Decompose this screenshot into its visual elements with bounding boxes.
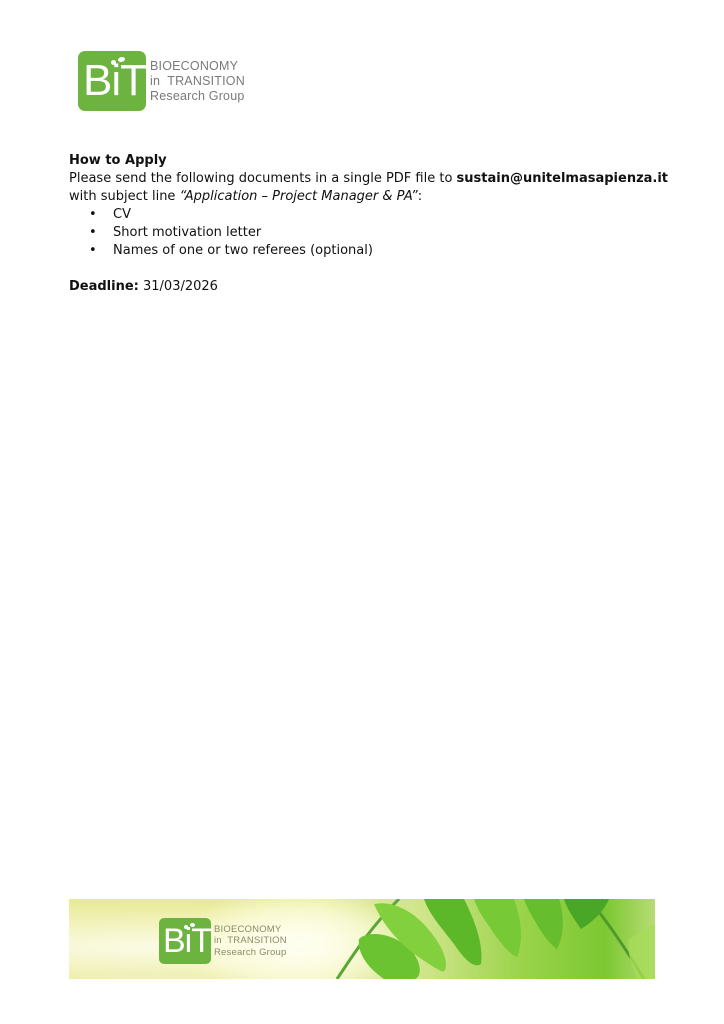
intro-text: Please send the following documents in a… [69, 171, 457, 186]
logo-line: in TRANSITION [150, 74, 245, 89]
header-logo: BiT BIOECONOMY in TRANSITION Research Gr… [78, 51, 245, 111]
section-heading: How to Apply [69, 152, 669, 170]
bullet-icon: • [89, 206, 97, 224]
logo-wordmark: BIOECONOMY in TRANSITION Research Group [150, 59, 245, 104]
list-item: •Names of one or two referees (optional) [69, 242, 669, 260]
intro-line: Please send the following documents in a… [69, 170, 669, 188]
leaf-dot-icon [111, 60, 116, 65]
logo-line: BIOECONOMY [150, 59, 245, 74]
logo-line: Research Group [214, 947, 287, 959]
document-name: Names of one or two referees (optional) [113, 243, 373, 258]
leaf-dot-icon [190, 923, 195, 927]
subject-suffix: : [418, 189, 422, 204]
banner-logo: BiT BIOECONOMY in TRANSITION Research Gr… [159, 918, 287, 964]
deadline-label: Deadline: [69, 279, 139, 294]
leaf-dot-icon [184, 925, 188, 929]
bullet-icon: • [89, 242, 97, 260]
documents-list: •CV •Short motivation letter •Names of o… [69, 206, 669, 260]
subject-text: “Application – Project Manager & PA” [180, 189, 418, 204]
logo-line: BIOECONOMY [214, 924, 287, 936]
logo-line: Research Group [150, 89, 245, 104]
list-item: •Short motivation letter [69, 224, 669, 242]
bit-logo-mark: BiT [78, 51, 146, 111]
logo-line: in TRANSITION [214, 935, 287, 947]
logo-wordmark: BIOECONOMY in TRANSITION Research Group [214, 924, 287, 959]
document-name: Short motivation letter [113, 225, 261, 240]
leaves-illustration [69, 899, 655, 979]
subject-prefix: with subject line [69, 189, 180, 204]
document-name: CV [113, 207, 131, 222]
deadline: Deadline: 31/03/2026 [69, 278, 669, 296]
bit-logo-mark: BiT [159, 918, 211, 964]
bullet-icon: • [89, 224, 97, 242]
email-address: sustain@unitelmasapienza.it [457, 171, 669, 186]
application-section: How to Apply Please send the following d… [69, 152, 669, 296]
list-item: •CV [69, 206, 669, 224]
deadline-value: 31/03/2026 [139, 279, 218, 294]
footer-banner: BiT BIOECONOMY in TRANSITION Research Gr… [69, 899, 655, 979]
subject-line: with subject line “Application – Project… [69, 188, 669, 206]
